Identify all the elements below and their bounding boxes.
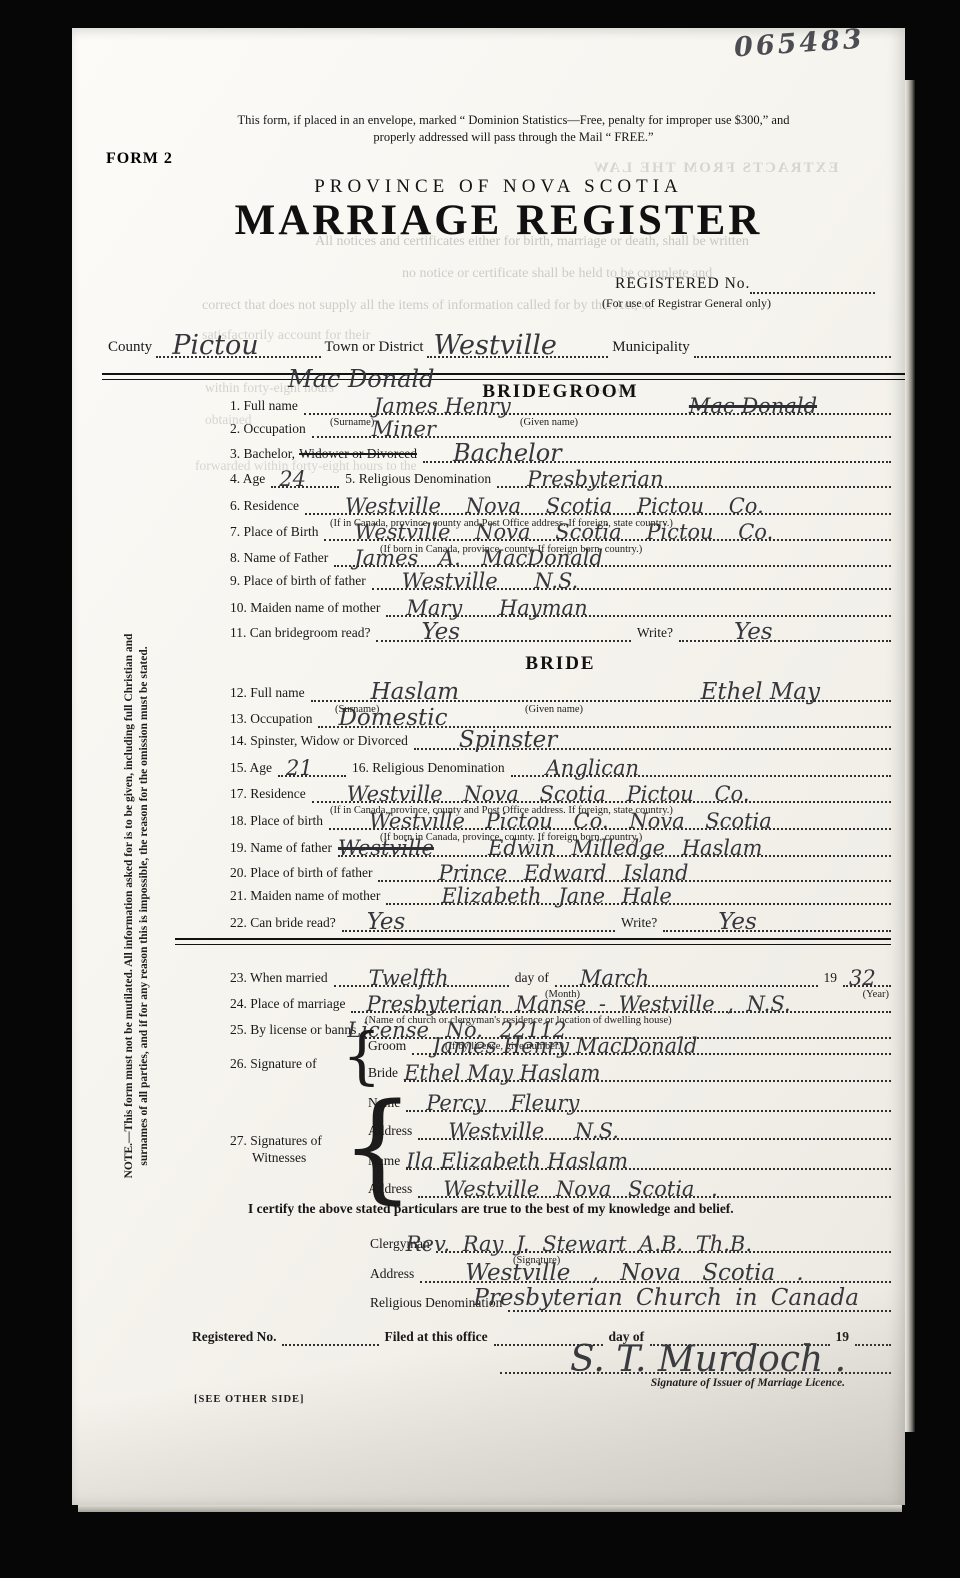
bride-father-label: 19. Name of father bbox=[230, 841, 332, 858]
witnesses-label: 27. Signatures of Witnesses bbox=[230, 1134, 350, 1167]
bride-religion-label: 16. Religious Denomination bbox=[352, 761, 505, 778]
when-married-label: 23. When married bbox=[230, 971, 328, 988]
groom-occupation-field: Miner bbox=[312, 412, 891, 438]
groom-mother-row: 10. Maiden name of mother Mary Hayman bbox=[230, 591, 891, 617]
clergyman-denomination-field: Presbyterian Church in Canada bbox=[508, 1286, 891, 1312]
bride-mother-value: Elizabeth Jane Hale bbox=[441, 886, 671, 907]
bride-age-religion-row: 15. Age 21 16. Religious Denomination An… bbox=[230, 751, 891, 777]
bleed-through-text: correct that does not supply all the ite… bbox=[202, 298, 653, 314]
form-number-label: FORM 2 bbox=[106, 150, 173, 168]
witness1-name-row: Name Percy Fleury bbox=[368, 1086, 891, 1112]
bride-write-label: Write? bbox=[621, 916, 657, 933]
bride-signature-value: Ethel May Haslam bbox=[404, 1063, 600, 1084]
county-row: County Pictou Town or District Westville… bbox=[108, 328, 891, 358]
when-married-row: 23. When married Twelfth day of March 19… bbox=[230, 961, 891, 987]
bride-surname-value: Haslam bbox=[371, 681, 459, 704]
license-label: 25. By license or banns bbox=[230, 1023, 356, 1040]
witnesses-label-line2: Witnesses bbox=[230, 1151, 350, 1168]
groom-signature-value: James Henry MacDonald bbox=[432, 1036, 697, 1057]
bride-read-field: Yes bbox=[342, 906, 615, 932]
groom-religion-label: 5. Religious Denomination bbox=[345, 472, 491, 489]
registrar-general-note: (For use of Registrar General only) bbox=[602, 296, 771, 311]
witness1-name-field: Percy Fleury bbox=[406, 1086, 891, 1112]
witness2-name-row: Name Ila Elizabeth Haslam bbox=[368, 1144, 891, 1170]
section-divider bbox=[175, 938, 891, 945]
marriage-year-value: 32 bbox=[849, 968, 876, 989]
bride-religion-value: Anglican bbox=[546, 758, 639, 779]
bleed-through-text: EXTRACTS FROM THE LAW bbox=[592, 160, 838, 177]
registered-no-field bbox=[750, 268, 875, 294]
groom-birthplace-row: 7. Place of Birth Westville Nova Scotia … bbox=[230, 515, 891, 541]
bride-age-label: 15. Age bbox=[230, 761, 272, 778]
witness2-name-label: Name bbox=[368, 1154, 400, 1171]
margin-note-line1: NOTE.—This form must not be mutilated. A… bbox=[122, 556, 137, 1256]
bride-mother-label: 21. Maiden name of mother bbox=[230, 889, 380, 906]
groom-father-birthplace-label: 9. Place of birth of father bbox=[230, 574, 366, 591]
town-district-label: Town or District bbox=[325, 340, 424, 358]
witness2-address-field: Westville Nova Scotia . bbox=[418, 1172, 891, 1198]
groom-birthplace-field: Westville Nova Scotia Pictou Co. bbox=[324, 515, 891, 541]
municipality-field bbox=[694, 332, 891, 358]
province-heading: PROVINCE OF NOVA SCOTIA bbox=[102, 176, 895, 198]
issuer-signature-value: S. T. Murdoch . bbox=[570, 1342, 846, 1378]
signature-of-label: 26. Signature of bbox=[230, 1057, 317, 1074]
witness1-name-value: Percy Fleury bbox=[426, 1093, 579, 1114]
groom-read-field: Yes bbox=[376, 616, 630, 642]
groom-write-field: Yes bbox=[679, 616, 891, 642]
clergyman-address-row: Address Westville , Nova Scotia . bbox=[370, 1257, 891, 1283]
groom-age-field: 24 bbox=[271, 462, 339, 488]
witness2-address-row: Address Westville Nova Scotia . bbox=[368, 1172, 891, 1198]
county-value: Pictou bbox=[172, 332, 258, 359]
witnesses-label-line1: 27. Signatures of bbox=[230, 1134, 350, 1151]
groom-father-birthplace-field: Westville N.S. bbox=[372, 564, 891, 590]
groom-religion-field: Presbyterian bbox=[497, 462, 891, 488]
bride-section-title: BRIDE bbox=[230, 653, 891, 675]
bride-age-field: 21 bbox=[278, 751, 346, 777]
bride-read-value: Yes bbox=[367, 911, 406, 934]
bride-residence-value: Westville Nova Scotia Pictou Co. bbox=[347, 784, 750, 805]
place-of-marriage-label: 24. Place of marriage bbox=[230, 997, 345, 1014]
bride-residence-row: 17. Residence Westville Nova Scotia Pict… bbox=[230, 777, 891, 803]
clergyman-field: Rev. Ray J. Stewart A.B. Th.B. bbox=[436, 1227, 891, 1253]
groom-birthplace-label: 7. Place of Birth bbox=[230, 525, 318, 542]
groom-father-birthplace-value: Westville N.S. bbox=[402, 571, 579, 592]
marriage-month-value: March bbox=[580, 968, 649, 989]
page-stack-edge-bottom bbox=[94, 1512, 886, 1518]
groom-status-label-struck: Widower or Divorced bbox=[299, 447, 417, 464]
bride-signature-field: Ethel May Haslam bbox=[404, 1056, 891, 1082]
bride-status-field: Spinster bbox=[414, 724, 891, 750]
section-divider bbox=[102, 373, 905, 380]
margin-note: NOTE.—This form must not be mutilated. A… bbox=[122, 556, 152, 1256]
groom-age-label: 4. Age bbox=[230, 472, 265, 489]
bride-full-name-row: 12. Full name Haslam Ethel May bbox=[230, 676, 891, 702]
town-district-field: Westville bbox=[427, 332, 608, 358]
see-other-side-note: [SEE OTHER SIDE] bbox=[194, 1394, 305, 1405]
bride-full-name-field: Haslam Ethel May bbox=[311, 676, 891, 702]
witness1-address-label: Address bbox=[368, 1124, 412, 1141]
bride-full-name-label: 12. Full name bbox=[230, 686, 305, 703]
bride-status-row: 14. Spinster, Widow or Divorced Spinster bbox=[230, 724, 891, 750]
clergyman-address-label: Address bbox=[370, 1267, 414, 1284]
page-title: MARRIAGE REGISTER bbox=[102, 196, 895, 245]
margin-note-line2: surnames of all parties, and if for any … bbox=[137, 556, 152, 1256]
place-of-marriage-row: 24. Place of marriage Presbyterian Manse… bbox=[230, 987, 891, 1013]
groom-mother-label: 10. Maiden name of mother bbox=[230, 601, 380, 618]
witness2-name-value: Ila Elizabeth Haslam bbox=[406, 1151, 628, 1172]
bride-father-field: Westville Edwin Milledge Haslam bbox=[338, 831, 891, 857]
bride-residence-field: Westville Nova Scotia Pictou Co. bbox=[312, 777, 891, 803]
groom-literacy-row: 11. Can bridegroom read? Yes Write? Yes bbox=[230, 616, 891, 642]
bride-father-row: 19. Name of father Westville Edwin Mille… bbox=[230, 831, 891, 857]
groom-birthplace-value: Westville Nova Scotia Pictou Co. bbox=[354, 522, 773, 543]
scan-background: { "scan": { "doc_number": "065483", "see… bbox=[0, 0, 960, 1578]
groom-status-label: 3. Bachelor, bbox=[230, 447, 295, 464]
witness2-address-label: Address bbox=[368, 1182, 412, 1199]
groom-write-label: Write? bbox=[637, 626, 673, 643]
groom-read-label: 11. Can bridegroom read? bbox=[230, 626, 370, 643]
groom-write-value: Yes bbox=[734, 621, 773, 644]
groom-occupation-row: 2. Occupation Miner bbox=[230, 412, 891, 438]
filing-registered-no-label: Registered No. bbox=[192, 1330, 276, 1347]
groom-residence-value: Westville Nova Scotia Pictou Co. bbox=[345, 496, 764, 517]
bride-mother-row: 21. Maiden name of mother Elizabeth Jane… bbox=[230, 879, 891, 905]
witness2-address-value: Westville Nova Scotia . bbox=[443, 1179, 718, 1200]
witness1-name-label: Name bbox=[368, 1096, 400, 1113]
marriage-day-value: Twelfth bbox=[369, 968, 449, 989]
bride-given-name-value: Ethel May bbox=[701, 681, 820, 704]
marriage-month-field: March bbox=[555, 961, 818, 987]
witness1-address-value: Westville N.S. bbox=[448, 1121, 619, 1142]
bride-birthplace-value: Westville Pictou Co. Nova Scotia bbox=[369, 811, 772, 832]
marriage-day-field: Twelfth bbox=[334, 961, 509, 987]
groom-residence-row: 6. Residence Westville Nova Scotia Picto… bbox=[230, 489, 891, 515]
bride-age-value: 21 bbox=[286, 758, 313, 779]
groom-age-religion-row: 4. Age 24 5. Religious Denomination Pres… bbox=[230, 462, 891, 488]
year-prefix-label: 19 bbox=[824, 971, 838, 988]
witness1-address-row: Address Westville N.S. bbox=[368, 1114, 891, 1140]
clergyman-address-field: Westville , Nova Scotia . bbox=[420, 1257, 891, 1283]
bride-birthplace-label: 18. Place of birth bbox=[230, 814, 323, 831]
groom-status-row: 3. Bachelor, Widower or Divorced Bachelo… bbox=[230, 437, 891, 463]
groom-mother-field: Mary Hayman bbox=[386, 591, 891, 617]
groom-signature-label: Groom bbox=[368, 1039, 406, 1056]
clergyman-row: Clergyman Rev. Ray J. Stewart A.B. Th.B. bbox=[370, 1227, 891, 1253]
document-number: 065483 bbox=[733, 25, 865, 61]
filing-year-field bbox=[855, 1320, 891, 1346]
registered-no-line: REGISTERED No. bbox=[615, 274, 875, 294]
bride-birthplace-row: 18. Place of birth Westville Pictou Co. … bbox=[230, 804, 891, 830]
bride-signature-row: Bride Ethel May Haslam bbox=[368, 1056, 891, 1082]
bride-write-value: Yes bbox=[718, 911, 757, 934]
groom-status-field: Bachelor bbox=[423, 437, 891, 463]
issuer-signature-line: S. T. Murdoch . bbox=[500, 1350, 891, 1374]
bride-read-label: 22. Can bride read? bbox=[230, 916, 336, 933]
municipality-label: Municipality bbox=[612, 340, 690, 358]
mailing-instructions: This form, if placed in an envelope, mar… bbox=[132, 112, 895, 146]
clergyman-denomination-row: Religious Denomination Presbyterian Chur… bbox=[370, 1286, 891, 1312]
clergyman-address-value: Westville , Nova Scotia . bbox=[465, 1262, 803, 1285]
groom-residence-field: Westville Nova Scotia Pictou Co. bbox=[305, 489, 891, 515]
filing-registered-no-field bbox=[282, 1320, 378, 1346]
town-district-value: Westville bbox=[433, 332, 556, 359]
place-of-marriage-value: Presbyterian Manse - Westville , N.S. bbox=[366, 994, 790, 1015]
issuer-signature-caption: Signature of Issuer of Marriage Licence. bbox=[651, 1377, 845, 1389]
groom-residence-label: 6. Residence bbox=[230, 499, 299, 516]
witness1-address-field: Westville N.S. bbox=[418, 1114, 891, 1140]
bride-status-label: 14. Spinster, Widow or Divorced bbox=[230, 734, 408, 751]
county-field: Pictou bbox=[156, 332, 320, 358]
witness2-name-field: Ila Elizabeth Haslam bbox=[406, 1144, 891, 1170]
mailing-instructions-line1: This form, if placed in an envelope, mar… bbox=[132, 112, 895, 129]
bride-birthplace-field: Westville Pictou Co. Nova Scotia bbox=[329, 804, 891, 830]
groom-signature-field: James Henry MacDonald bbox=[412, 1029, 891, 1055]
marriage-year-field: 32 bbox=[843, 961, 891, 987]
county-label: County bbox=[108, 340, 152, 358]
groom-signature-row: Groom James Henry MacDonald bbox=[368, 1029, 891, 1055]
bride-write-field: Yes bbox=[663, 906, 891, 932]
groom-age-value: 24 bbox=[279, 469, 306, 490]
bride-mother-field: Elizabeth Jane Hale bbox=[386, 879, 891, 905]
groom-read-value: Yes bbox=[421, 621, 460, 644]
groom-religion-value: Presbyterian bbox=[527, 469, 663, 490]
bride-status-value: Spinster bbox=[459, 729, 557, 752]
groom-father-birthplace-row: 9. Place of birth of father Westville N.… bbox=[230, 564, 891, 590]
form-body: Mac Donald BRIDEGROOM 1. Full name James… bbox=[230, 389, 891, 1324]
clergyman-value: Rev. Ray J. Stewart A.B. Th.B. bbox=[406, 1234, 752, 1255]
place-of-marriage-field: Presbyterian Manse - Westville , N.S. bbox=[351, 987, 891, 1013]
groom-occupation-label: 2. Occupation bbox=[230, 422, 306, 439]
bride-literacy-row: 22. Can bride read? Yes Write? Yes bbox=[230, 906, 891, 932]
filed-at-office-label: Filed at this office bbox=[385, 1330, 488, 1347]
page-stack-edge-bottom bbox=[78, 1505, 902, 1512]
clergyman-denomination-value: Presbyterian Church in Canada bbox=[473, 1287, 859, 1310]
day-of-label: day of bbox=[515, 971, 549, 988]
marriage-register-page: EXTRACTS FROM THE LAW All notices and ce… bbox=[72, 28, 905, 1505]
page-stack-edge-right bbox=[905, 80, 915, 1432]
certification-statement: I certify the above stated particulars a… bbox=[248, 1201, 891, 1217]
registered-no-label: REGISTERED No. bbox=[615, 276, 750, 295]
bride-residence-label: 17. Residence bbox=[230, 787, 306, 804]
mailing-instructions-line2: properly addressed will pass through the… bbox=[132, 129, 895, 146]
bride-religion-field: Anglican bbox=[511, 751, 891, 777]
